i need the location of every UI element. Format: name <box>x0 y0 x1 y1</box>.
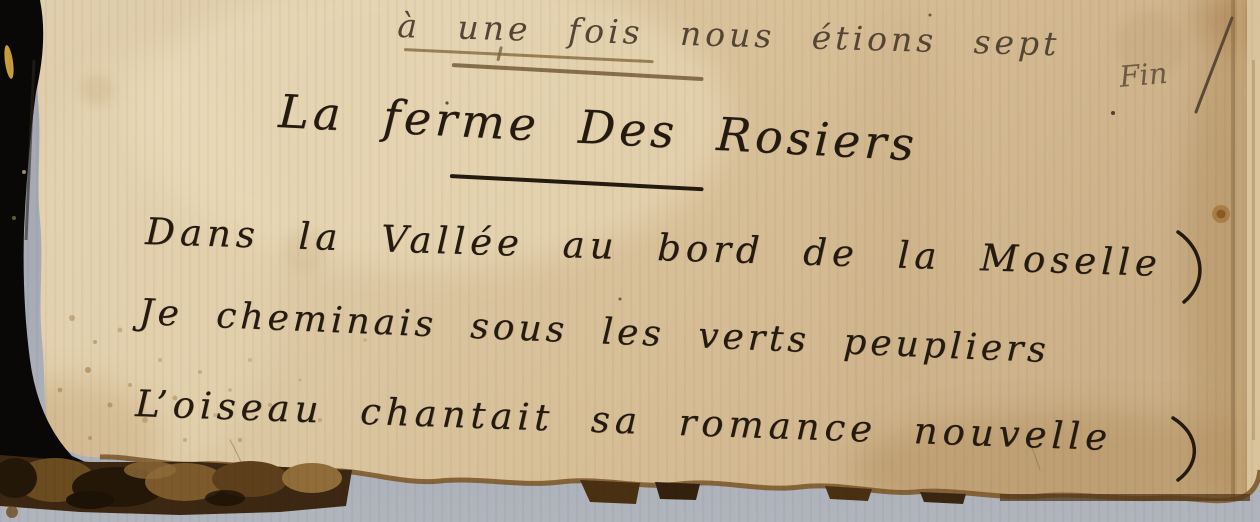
torn-cloth-edge <box>0 455 352 518</box>
scanned-manuscript-page: à une fois nous étions sept Fin La ferme… <box>0 0 1260 522</box>
fin-note: Fin <box>1118 56 1169 94</box>
